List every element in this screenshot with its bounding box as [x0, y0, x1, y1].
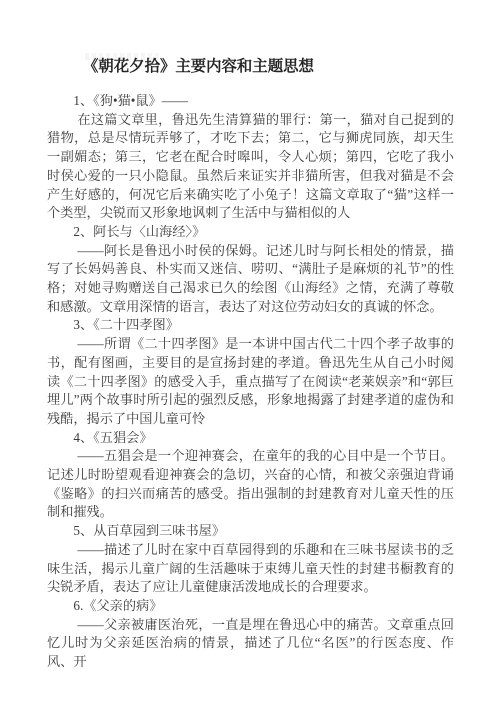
section-paragraph: ——所谓《二十四孝图》是一本讲中国古代二十四个孝子故事的书，配有图画，主要目的是… [47, 335, 454, 429]
section-paragraph: ——父亲被庸医治死，一直是埋在鲁迅心中的痛苦。文章重点回忆儿时为父亲延医治病的情… [47, 616, 454, 672]
document-content: 《朝花夕拾》主要内容和主题思想 1、《狗•猫•鼠》—— 在这篇文章里，鲁迅先生清… [47, 56, 454, 672]
section-heading: 4、《五猖会》 [47, 429, 454, 448]
section-heading: 5、从百草园到三味书屋》 [47, 522, 454, 541]
section-heading: 1、《狗•猫•鼠》—— [47, 92, 454, 111]
section-heading: 3、《二十四孝图》 [47, 316, 454, 335]
section-paragraph: ——描述了儿时在家中百草园得到的乐趣和在三味书屋读书的乏味生活，揭示儿童广阔的生… [47, 541, 454, 597]
section-paragraph: ——阿长是鲁迅小时侯的保姆。记述儿时与阿长相处的情景，描写了长妈妈善良、朴实而又… [47, 242, 454, 317]
section-paragraph: ——五猖会是一个迎神赛会，在童年的我的心目中是一个节日。记述儿时盼望观看迎神赛会… [47, 447, 454, 522]
section-heading: 2、阿长与〈山海经〉》 [47, 223, 454, 242]
section-paragraph: 在这篇文章里，鲁迅先生清算猫的罪行：第一，猫对自己捉到的猎物，总是尽情玩弄够了，… [47, 111, 454, 223]
section-heading: 6.《父亲的病》 [47, 597, 454, 616]
document-page: 《朝花夕拾》主要内容和主题思想 1、《狗•猫•鼠》—— 在这篇文章里，鲁迅先生清… [0, 0, 500, 708]
page-title: 《朝花夕拾》主要内容和主题思想 [83, 56, 454, 78]
